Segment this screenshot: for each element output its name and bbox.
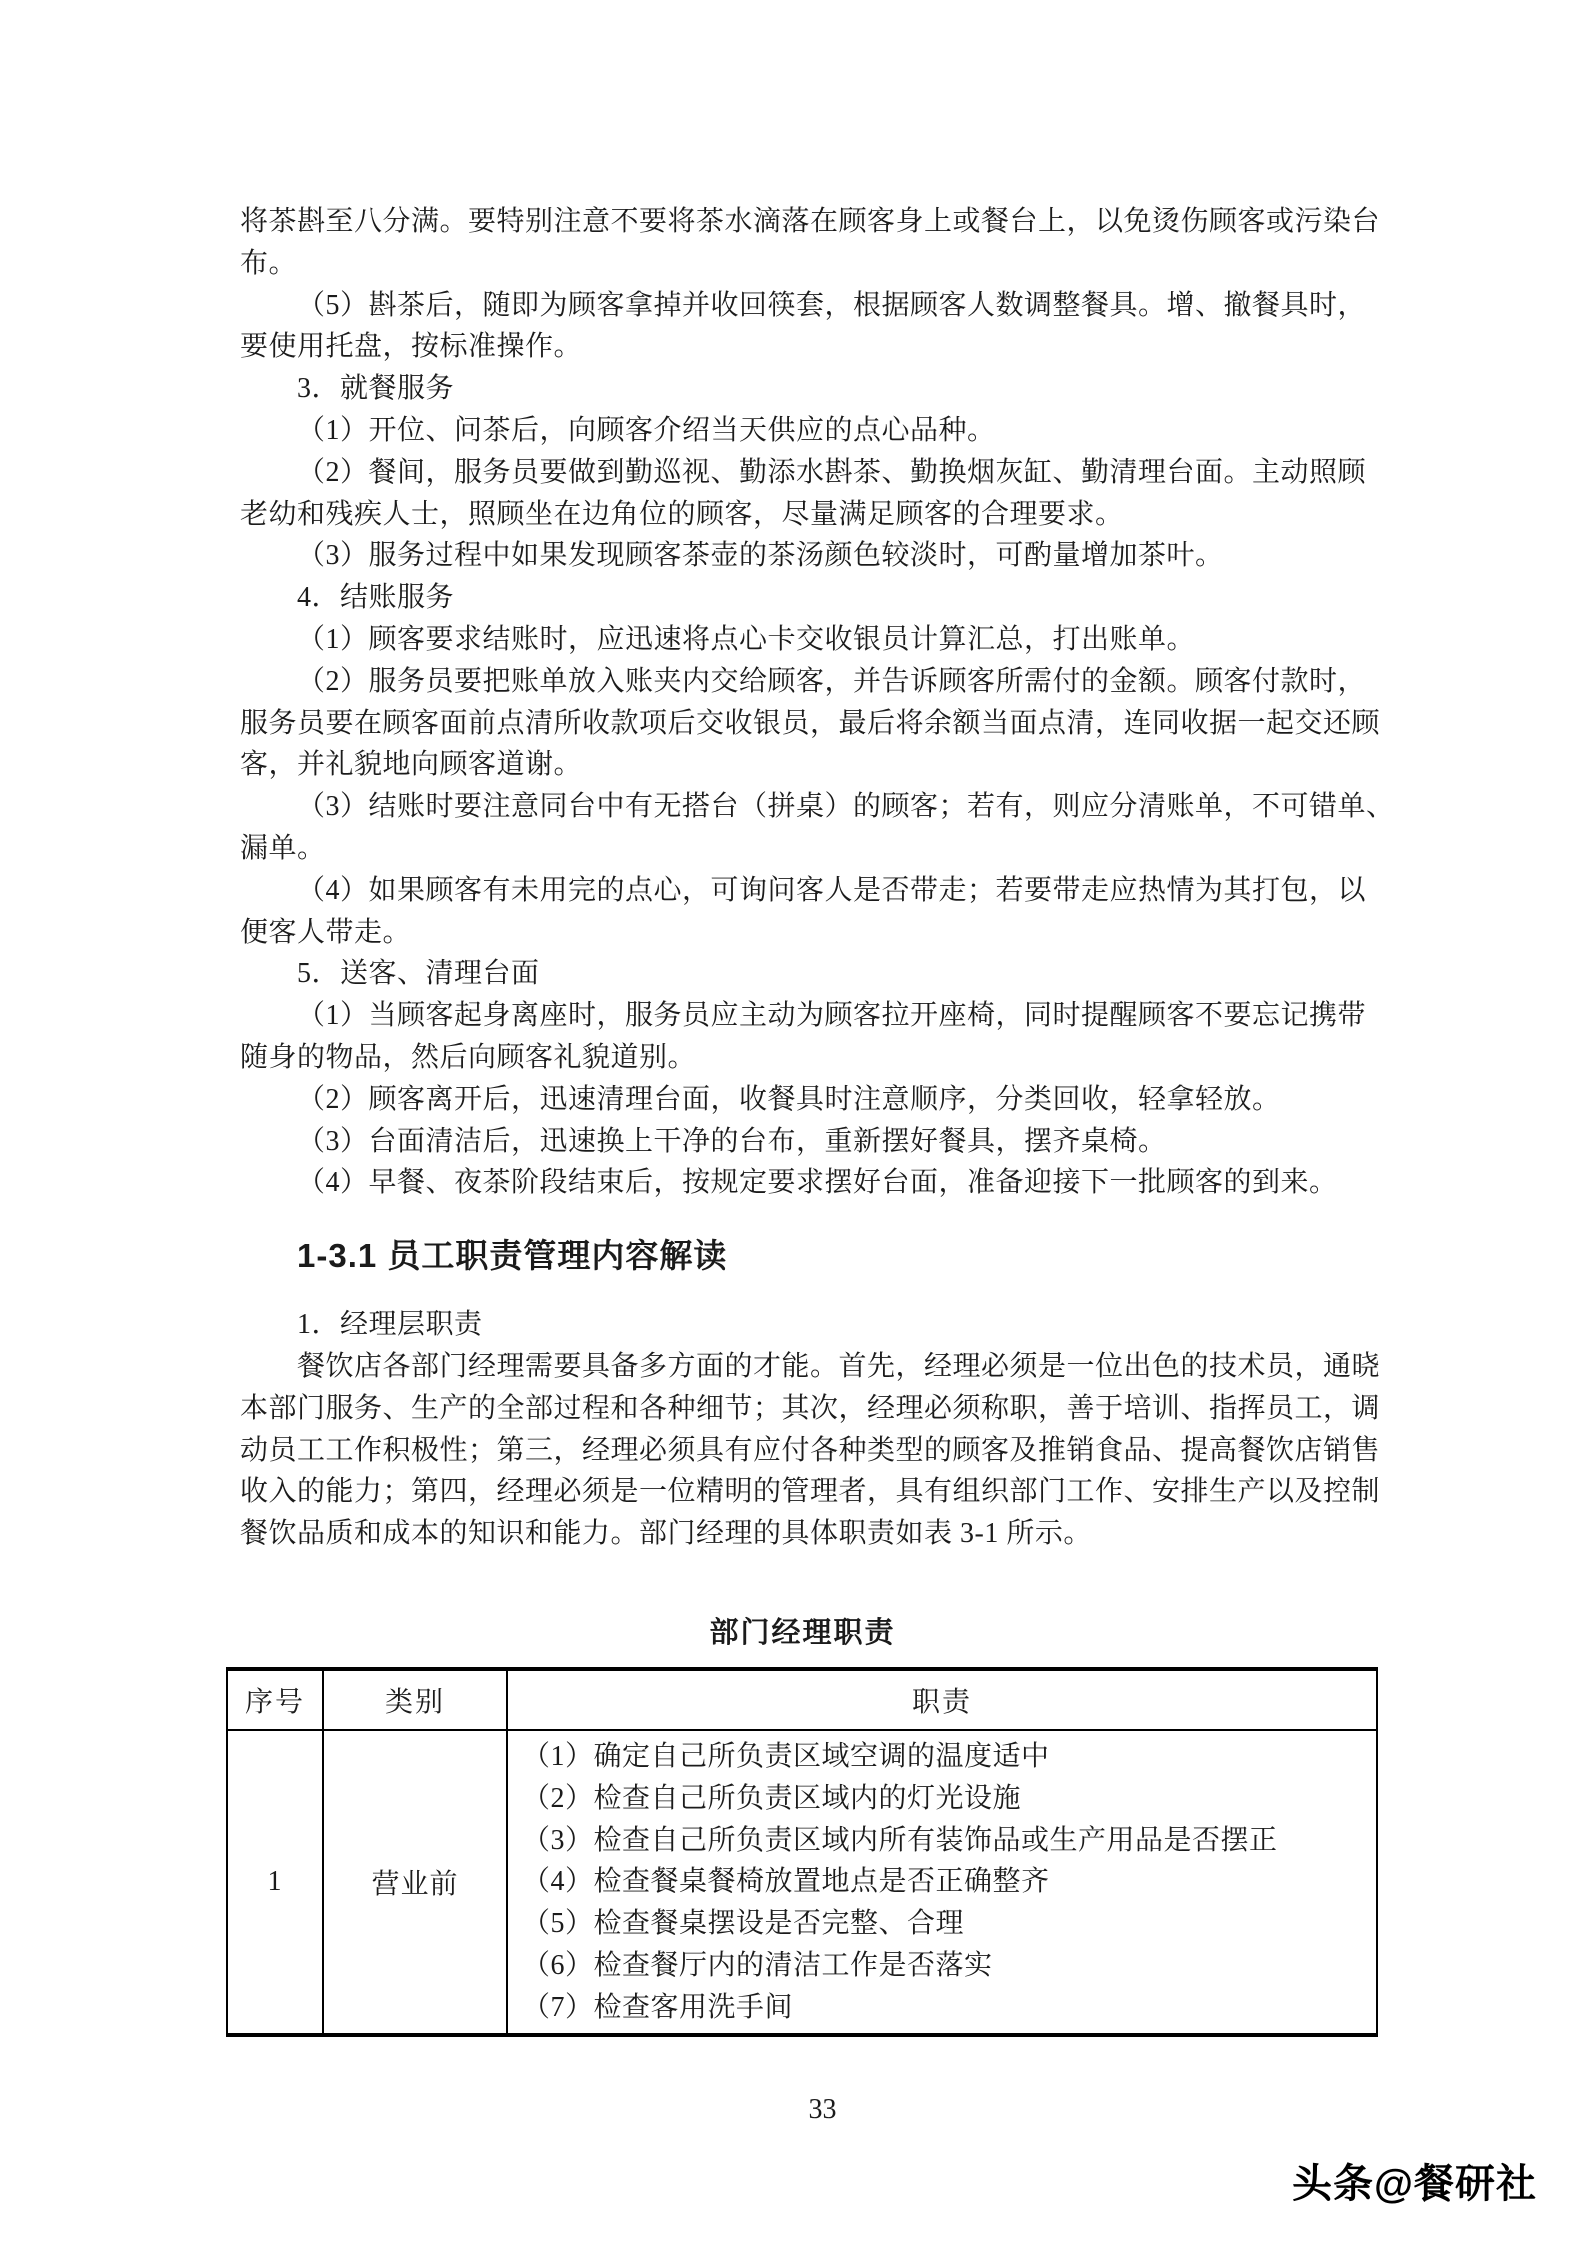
text-line: 收入的能力；第四，经理必须是一位精明的管理者，具有组织部门工作、安排生产以及控制 — [240, 1471, 1365, 1513]
text-line: （1）顾客要求结账时，应迅速将点心卡交收银员计算汇总，打出账单。 — [240, 619, 1365, 661]
text-line: （1）当顾客起身离座时，服务员应主动为顾客拉开座椅，同时提醒顾客不要忘记携带 — [240, 995, 1365, 1037]
duty-line: （4）检查餐桌餐椅放置地点是否正确整齐 — [522, 1861, 1370, 1903]
table-row: 1营业前（1）确定自己所负责区域空调的温度适中（2）检查自己所负责区域内的灯光设… — [227, 1730, 1377, 2036]
text-line: 餐饮品质和成本的知识和能力。部门经理的具体职责如表 3-1 所示。 — [240, 1513, 1365, 1555]
table-header-cell: 类别 — [323, 1669, 507, 1730]
section-heading: 1-3.1 员工职责管理内容解读 — [297, 1232, 1365, 1280]
table-header-cell: 职责 — [507, 1669, 1377, 1730]
page-number: 33 — [240, 2093, 1365, 2127]
table-header-cell: 序号 — [227, 1669, 323, 1730]
text-line: 布。 — [240, 243, 1365, 285]
table-title: 部门经理职责 — [240, 1611, 1365, 1655]
text-line: 5．送客、清理台面 — [240, 953, 1365, 995]
duty-line: （3）检查自己所负责区域内所有装饰品或生产用品是否摆正 — [522, 1820, 1370, 1862]
text-line: 餐饮店各部门经理需要具备多方面的才能。首先，经理必须是一位出色的技术员，通晓 — [240, 1346, 1365, 1388]
text-line: （3）台面清洁后，迅速换上干净的台布，重新摆好餐具，摆齐桌椅。 — [240, 1121, 1365, 1163]
text-line: 动员工工作积极性；第三，经理必须具有应付各种类型的顾客及推销食品、提高餐饮店销售 — [240, 1430, 1365, 1472]
text-line: （4）如果顾客有未用完的点心，可询问客人是否带走；若要带走应热情为其打包，以 — [240, 870, 1365, 912]
text-line: 便客人带走。 — [240, 912, 1365, 954]
table-header-row: 序号类别职责 — [227, 1669, 1377, 1730]
text-line: 漏单。 — [240, 828, 1365, 870]
duty-line: （1）确定自己所负责区域空调的温度适中 — [522, 1736, 1370, 1778]
cell-serial-number: 1 — [227, 1730, 323, 2036]
text-line: （1）开位、问茶后，向顾客介绍当天供应的点心品种。 — [240, 410, 1365, 452]
document-page: 将茶斟至八分满。要特别注意不要将茶水滴落在顾客身上或餐台上，以免烫伤顾客或污染台… — [0, 0, 1587, 2245]
text-line: （3）服务过程中如果发现顾客茶壶的茶汤颜色较淡时，可酌量增加茶叶。 — [240, 535, 1365, 577]
text-line: （5）斟茶后，随即为顾客拿掉并收回筷套，根据顾客人数调整餐具。增、撤餐具时， — [240, 285, 1365, 327]
text-line: 4．结账服务 — [240, 577, 1365, 619]
duty-line: （2）检查自己所负责区域内的灯光设施 — [522, 1778, 1370, 1820]
text-line: 3．就餐服务 — [240, 368, 1365, 410]
text-line: （3）结账时要注意同台中有无搭台（拼桌）的顾客；若有，则应分清账单，不可错单、 — [240, 786, 1365, 828]
text-line: （2）顾客离开后，迅速清理台面，收餐具时注意顺序，分类回收，轻拿轻放。 — [240, 1079, 1365, 1121]
text-line: 老幼和残疾人士，照顾坐在边角位的顾客，尽量满足顾客的合理要求。 — [240, 494, 1365, 536]
text-line: 要使用托盘，按标准操作。 — [240, 326, 1365, 368]
duty-line: （5）检查餐桌摆设是否完整、合理 — [522, 1903, 1370, 1945]
cell-duties: （1）确定自己所负责区域空调的温度适中（2）检查自己所负责区域内的灯光设施（3）… — [507, 1730, 1377, 2036]
duty-line: （7）检查客用洗手间 — [522, 1987, 1370, 2029]
body-paragraphs: 将茶斟至八分满。要特别注意不要将茶水滴落在顾客身上或餐台上，以免烫伤顾客或污染台… — [240, 201, 1365, 1204]
text-line: 随身的物品，然后向顾客礼貌道别。 — [240, 1037, 1365, 1079]
duties-table-body: 1营业前（1）确定自己所负责区域空调的温度适中（2）检查自己所负责区域内的灯光设… — [227, 1730, 1377, 2036]
text-line: 1．经理层职责 — [240, 1304, 1365, 1346]
text-line: 客，并礼貌地向顾客道谢。 — [240, 744, 1365, 786]
page-content: 将茶斟至八分满。要特别注意不要将茶水滴落在顾客身上或餐台上，以免烫伤顾客或污染台… — [240, 201, 1365, 2127]
duties-table-head: 序号类别职责 — [227, 1669, 1377, 1730]
text-line: 服务员要在顾客面前点清所收款项后交收银员，最后将余额当面点清，连同收据一起交还顾 — [240, 703, 1365, 745]
text-line: （4）早餐、夜茶阶段结束后，按规定要求摆好台面，准备迎接下一批顾客的到来。 — [240, 1162, 1365, 1204]
section-paragraphs: 1．经理层职责餐饮店各部门经理需要具备多方面的才能。首先，经理必须是一位出色的技… — [240, 1304, 1365, 1555]
duties-table: 序号类别职责 1营业前（1）确定自己所负责区域空调的温度适中（2）检查自己所负责… — [226, 1667, 1378, 2038]
text-line: （2）服务员要把账单放入账夹内交给顾客，并告诉顾客所需付的金额。顾客付款时， — [240, 661, 1365, 703]
text-line: （2）餐间，服务员要做到勤巡视、勤添水斟茶、勤换烟灰缸、勤清理台面。主动照顾 — [240, 452, 1365, 494]
watermark: 头条@餐研社 — [1292, 2158, 1537, 2210]
text-line: 将茶斟至八分满。要特别注意不要将茶水滴落在顾客身上或餐台上，以免烫伤顾客或污染台 — [240, 201, 1365, 243]
cell-category: 营业前 — [323, 1730, 507, 2036]
text-line: 本部门服务、生产的全部过程和各种细节；其次，经理必须称职，善于培训、指挥员工，调 — [240, 1388, 1365, 1430]
duty-line: （6）检查餐厅内的清洁工作是否落实 — [522, 1945, 1370, 1987]
